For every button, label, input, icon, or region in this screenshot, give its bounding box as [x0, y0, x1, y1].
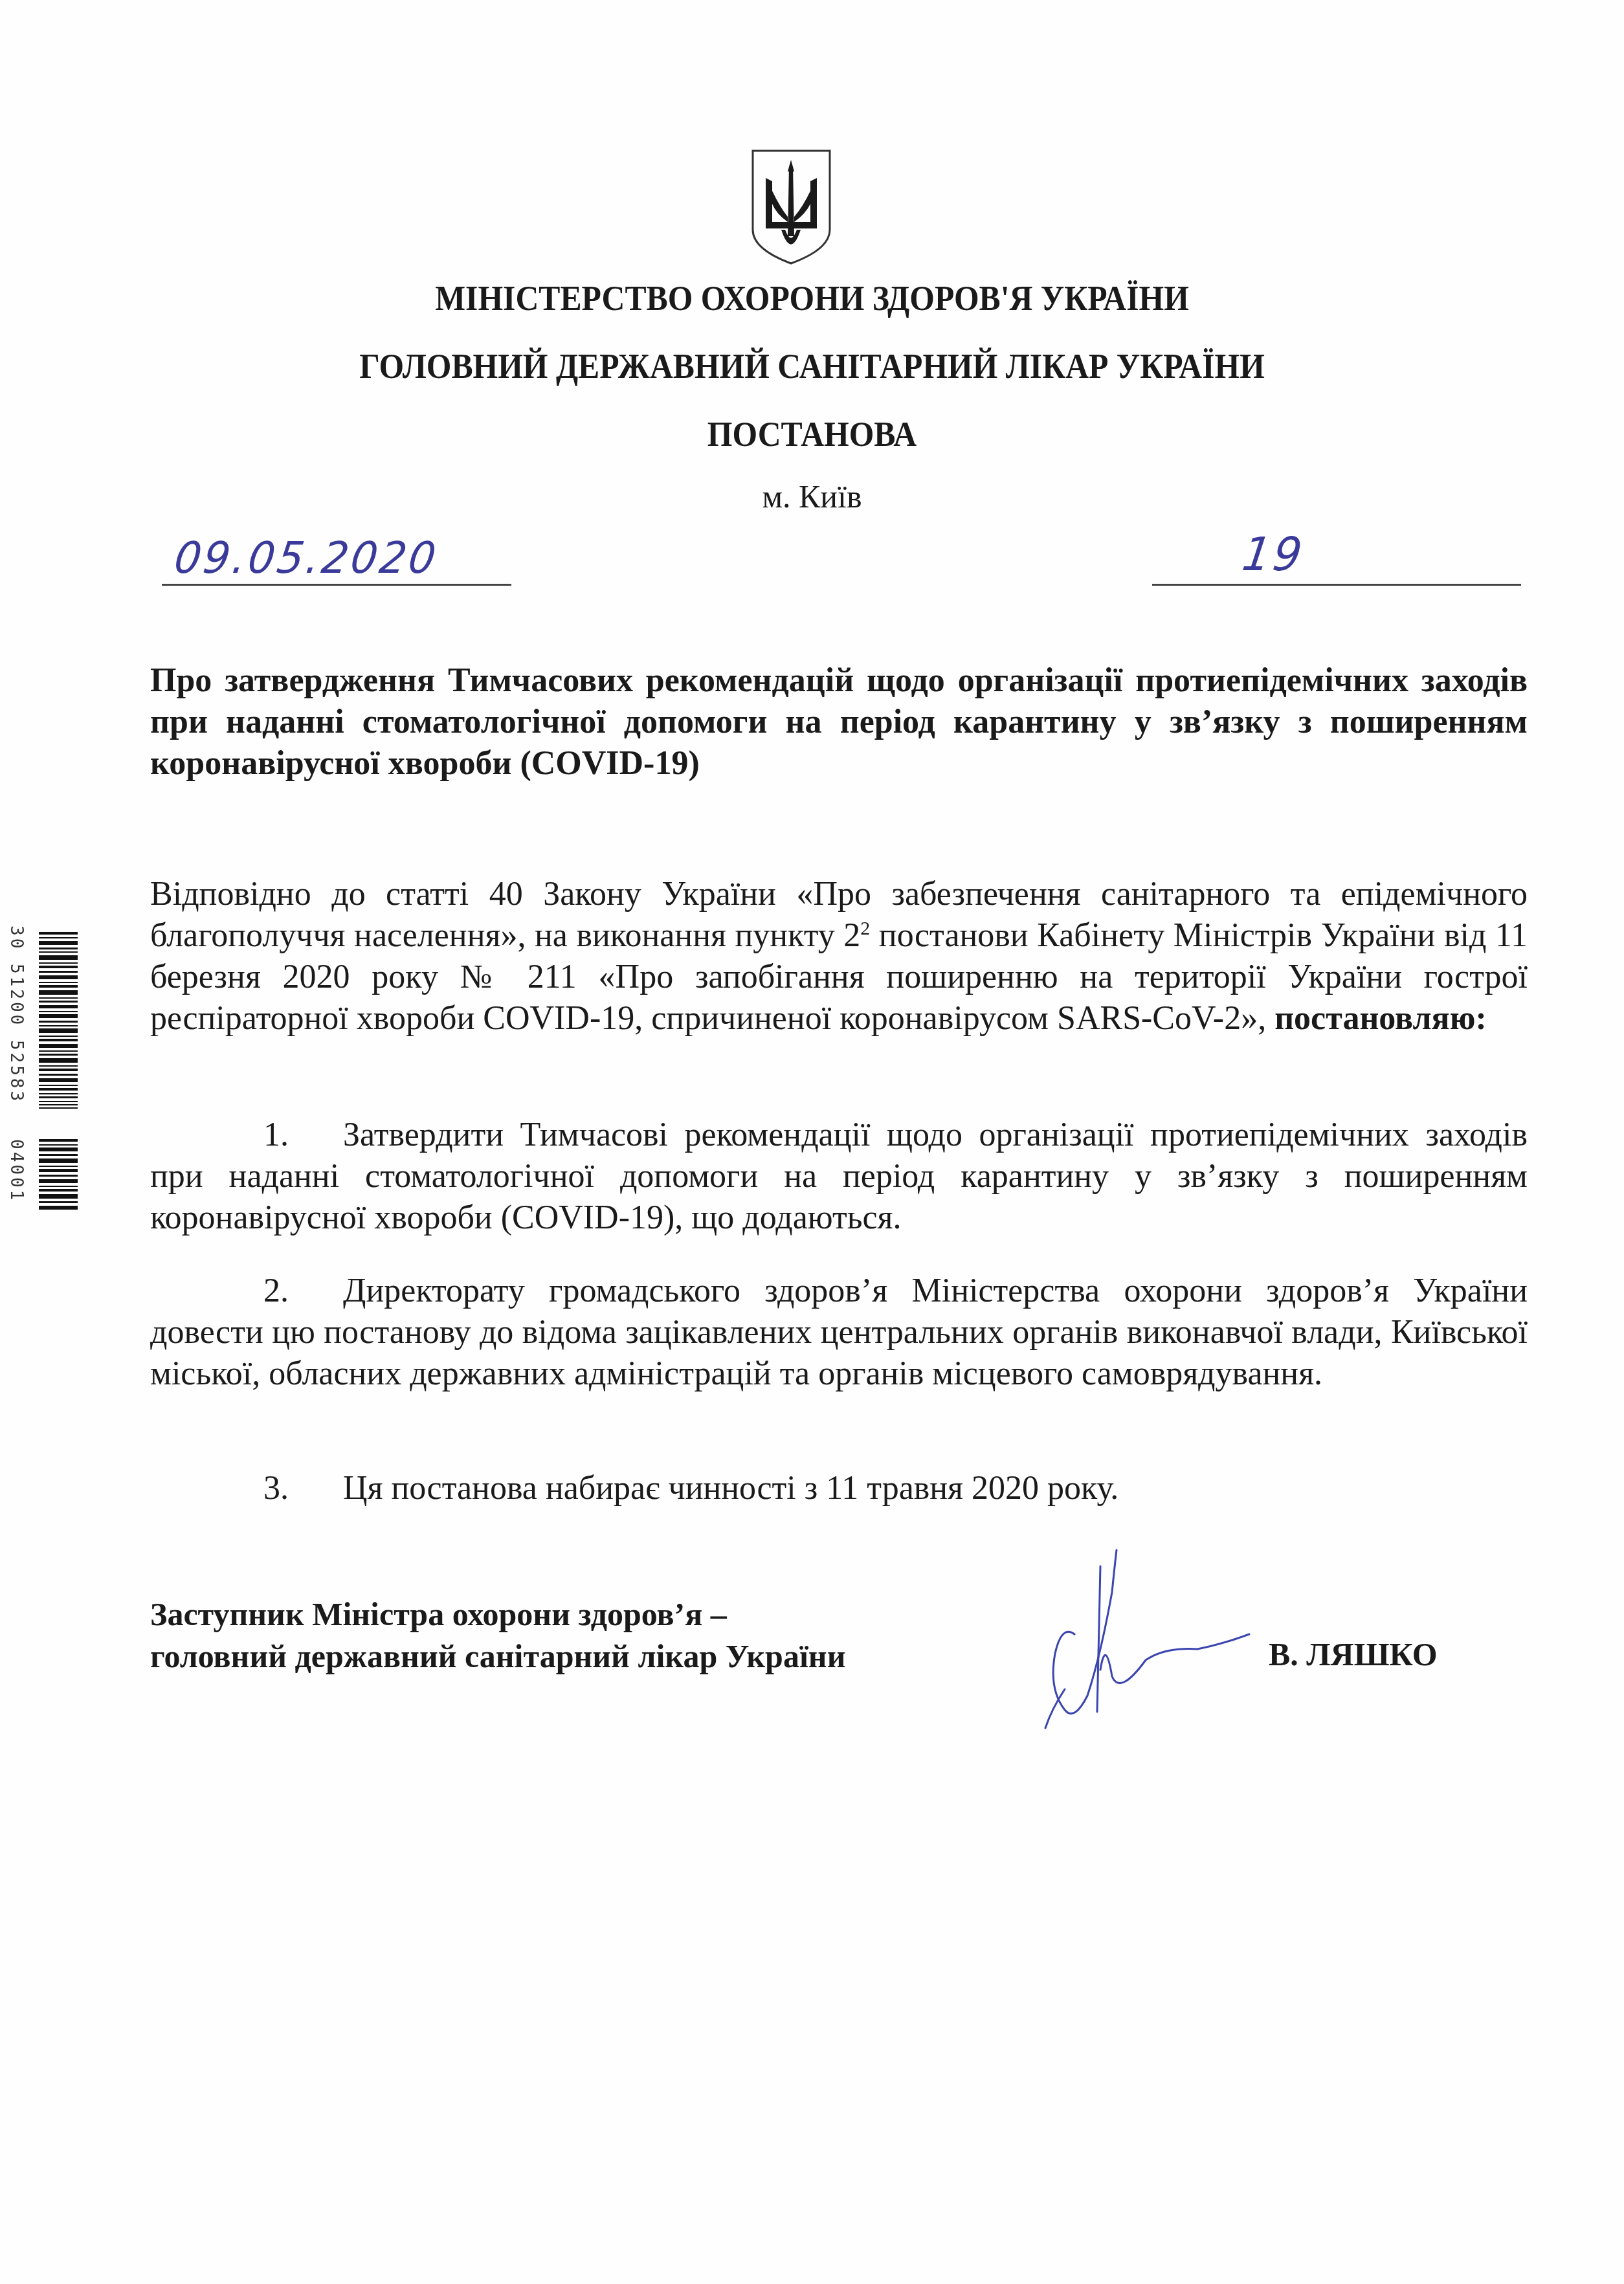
barcode-number-part2: 04001 [6, 1139, 26, 1203]
item-text: Затвердити Тимчасові рекомендації щодо о… [150, 1116, 1528, 1236]
office-name: ГОЛОВНИЙ ДЕРЖАВНИЙ САНІТАРНИЙ ЛІКАР УКРА… [65, 346, 1559, 386]
item-number: 3. [263, 1468, 343, 1509]
ukraine-coat-of-arms-icon [748, 146, 835, 269]
date-field: 09.05.2020 [162, 537, 511, 586]
handwritten-date: 09.05.2020 [172, 533, 441, 584]
document-type: ПОСТАНОВА [65, 414, 1559, 454]
signatory-name: В. ЛЯШКО [1269, 1635, 1438, 1673]
position-line-2: головний державний санітарний лікар Укра… [150, 1635, 845, 1678]
list-item: 1.Затвердити Тимчасові рекомендації щодо… [150, 1114, 1528, 1239]
list-item: 3.Ця постанова набирає чинності з 11 тра… [150, 1468, 1528, 1509]
signatory-position: Заступник Міністра охорони здоров’я – го… [150, 1593, 845, 1678]
ministry-name: МІНІСТЕРСТВО ОХОРОНИ ЗДОРОВ'Я УКРАЇНИ [65, 278, 1559, 318]
document-page: 30 51200 52583 04001 МІНІСТЕРСТВО ОХОРОН… [0, 0, 1624, 2284]
preamble-paragraph: Відповідно до статті 40 Закону України «… [150, 874, 1528, 1039]
number-field: 19 [1152, 537, 1521, 586]
handwritten-number: 19 [1239, 528, 1307, 582]
barcode-number: 30 51200 52583 04001 [6, 926, 32, 1314]
item-number: 1. [263, 1114, 343, 1156]
position-line-1: Заступник Міністра охорони здоров’я – [150, 1593, 845, 1635]
superscript: 2 [860, 918, 870, 939]
item-text: Директорату громадського здоров’я Мініст… [150, 1272, 1528, 1392]
item-number: 2. [263, 1270, 343, 1312]
barcode-number-part1: 30 51200 52583 [6, 926, 26, 1103]
decree-word: постановляю: [1274, 1000, 1487, 1037]
document-subject: Про затвердження Тимчасових рекомендацій… [150, 660, 1528, 784]
item-text: Ця постанова набирає чинності з 11 травн… [343, 1470, 1118, 1507]
city: м. Київ [0, 478, 1624, 515]
list-item: 2.Директорату громадського здоров’я Міні… [150, 1270, 1528, 1395]
barcode [39, 926, 78, 1314]
handwritten-signature [1036, 1540, 1269, 1735]
